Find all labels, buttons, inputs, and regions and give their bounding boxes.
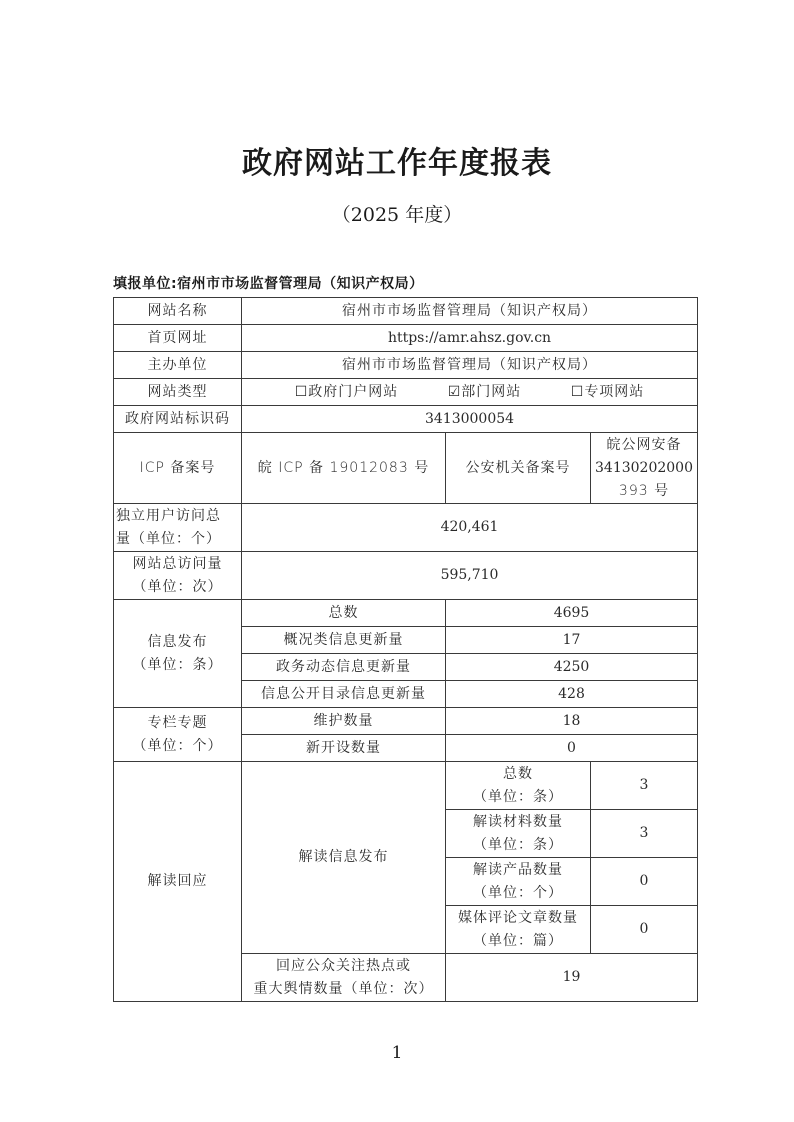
interp-row-value: 0 — [591, 858, 698, 906]
site-id-label: 政府网站标识码 — [114, 406, 242, 433]
site-name-label: 网站名称 — [114, 298, 242, 325]
police-record-label: 公安机关备案号 — [446, 433, 591, 504]
interp-row-label: 解读材料数量 （单位：条） — [446, 810, 591, 858]
columns-row-value: 18 — [446, 708, 698, 735]
interp-row-label: 解读产品数量 （单位：个） — [446, 858, 591, 906]
row-total-visits: 网站总访问量 （单位：次） 595,710 — [114, 552, 698, 600]
info-row-value: 17 — [446, 627, 698, 654]
row-site-name: 网站名称 宿州市市场监督管理局（知识产权局） — [114, 298, 698, 325]
unique-visitors-label: 独立用户访问总 量（单位：个） — [114, 504, 242, 552]
checked-box-icon: ☑ — [448, 384, 462, 400]
info-row-label: 政务动态信息更新量 — [242, 654, 446, 681]
site-id-value: 3413000054 — [242, 406, 698, 433]
info-row-value: 4250 — [446, 654, 698, 681]
interp-row-value: 3 — [591, 810, 698, 858]
sponsor-label: 主办单位 — [114, 352, 242, 379]
row-site-id: 政府网站标识码 3413000054 — [114, 406, 698, 433]
option-special-site[interactable]: ☐专项网站 — [571, 381, 645, 404]
row-site-type: 网站类型 ☐政府门户网站 ☑部门网站 ☐专项网站 — [114, 379, 698, 406]
site-type-label: 网站类型 — [114, 379, 242, 406]
unique-visitors-value: 420,461 — [242, 504, 698, 552]
info-row-label: 信息公开目录信息更新量 — [242, 681, 446, 708]
police-record-value: 皖公网安备 34130202000 393 号 — [591, 433, 698, 504]
unchecked-box-icon: ☐ — [571, 384, 585, 400]
row-interp-total: 解读回应 解读信息发布 总数 （单位：条） 3 — [114, 762, 698, 810]
total-visits-label: 网站总访问量 （单位：次） — [114, 552, 242, 600]
row-columns-maintained: 专栏专题 （单位：个） 维护数量 18 — [114, 708, 698, 735]
interp-row-label: 总数 （单位：条） — [446, 762, 591, 810]
interp-row-value: 0 — [591, 906, 698, 954]
interp-row-label: 媒体评论文章数量 （单位：篇） — [446, 906, 591, 954]
filler-unit: 填报单位:宿州市市场监督管理局（知识产权局） — [113, 273, 424, 293]
info-row-value: 428 — [446, 681, 698, 708]
sponsor-value: 宿州市市场监督管理局（知识产权局） — [242, 352, 698, 379]
columns-row-label: 维护数量 — [242, 708, 446, 735]
site-name-value: 宿州市市场监督管理局（知识产权局） — [242, 298, 698, 325]
columns-row-value: 0 — [446, 735, 698, 762]
columns-row-label: 新开设数量 — [242, 735, 446, 762]
homepage-value: https://amr.ahsz.gov.cn — [242, 325, 698, 352]
option-department-site[interactable]: ☑部门网站 — [448, 381, 522, 404]
row-homepage: 首页网址 https://amr.ahsz.gov.cn — [114, 325, 698, 352]
info-row-label: 概况类信息更新量 — [242, 627, 446, 654]
total-visits-value: 595,710 — [242, 552, 698, 600]
response-value: 19 — [446, 954, 698, 1002]
report-table: 网站名称 宿州市市场监督管理局（知识产权局） 首页网址 https://amr.… — [113, 297, 698, 1002]
option-portal-site[interactable]: ☐政府门户网站 — [295, 381, 399, 404]
site-type-options: ☐政府门户网站 ☑部门网站 ☐专项网站 — [242, 379, 698, 406]
report-year: （2025 年度） — [0, 200, 794, 227]
icp-value: 皖 ICP 备 19012083 号 — [242, 433, 446, 504]
response-label: 回应公众关注热点或 重大舆情数量（单位：次） — [242, 954, 446, 1002]
info-publish-label: 信息发布 （单位：条） — [114, 600, 242, 708]
interp-row-value: 3 — [591, 762, 698, 810]
columns-label: 专栏专题 （单位：个） — [114, 708, 242, 762]
row-sponsor: 主办单位 宿州市市场监督管理局（知识产权局） — [114, 352, 698, 379]
interpretation-publish-label: 解读信息发布 — [242, 762, 446, 954]
info-row-value: 4695 — [446, 600, 698, 627]
row-icp: ICP 备案号 皖 ICP 备 19012083 号 公安机关备案号 皖公网安备… — [114, 433, 698, 504]
homepage-label: 首页网址 — [114, 325, 242, 352]
interpretation-label: 解读回应 — [114, 762, 242, 1002]
info-row-label: 总数 — [242, 600, 446, 627]
page-number: 1 — [0, 1043, 794, 1063]
row-info-total: 信息发布 （单位：条） 总数 4695 — [114, 600, 698, 627]
icp-label: ICP 备案号 — [114, 433, 242, 504]
page-title: 政府网站工作年度报表 — [0, 138, 794, 182]
row-unique-visitors: 独立用户访问总 量（单位：个） 420,461 — [114, 504, 698, 552]
unchecked-box-icon: ☐ — [295, 384, 309, 400]
